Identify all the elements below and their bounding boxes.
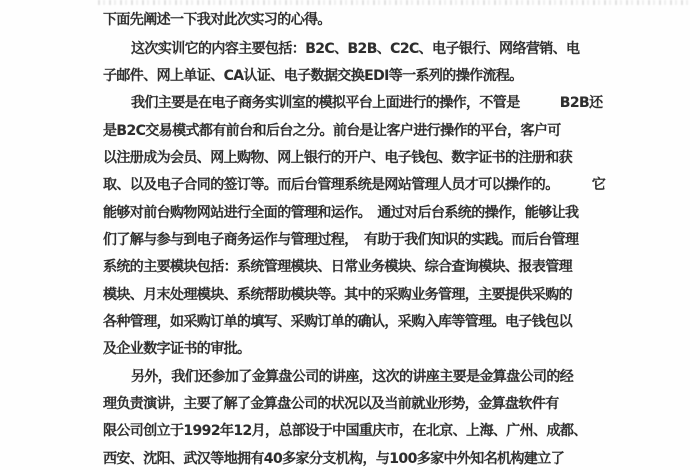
text-line: 们了解与参与到电子商务运作与管理过程， 有助于我们知识的实践。而后台管理 [103, 233, 578, 248]
text-line: 下面先阐述一下我对此次实习的心得。 [103, 13, 331, 28]
text-line: 系统的主要模块包括：系统管理模块、日常业务模块、综合查询模块、报表管理 [103, 260, 572, 275]
text-line: 这次实训它的内容主要包括：B2C、B2B、C2C、电子银行、网络营销、电 [131, 42, 579, 57]
document-page: 下面先阐述一下我对此次实习的心得。 这次实训它的内容主要包括：B2C、B2B、C… [0, 0, 700, 470]
text-line: 子邮件、网上单证、CA认证、电子数据交换EDI等一系列的操作流程。 [103, 69, 523, 84]
text-line: 另外，我们还参加了金算盘公司的讲座，这次的讲座主要是金算盘公司的经 [131, 370, 573, 385]
text-line: 是B2C交易模式都有前台和后台之分。前台是让客户进行操作的平台，客户可 [103, 124, 561, 139]
text-line: 以注册成为会员、网上购物、网上银行的开户、电子钱包、数字证书的注册和获 [103, 151, 572, 166]
text-line: 取、以及电子合同的签订等。而后台管理系统是网站管理人员才可以操作的。 它 [103, 178, 605, 193]
text-line: 模块、月末处理模块、系统帮助模块等。其中的采购业务管理，主要提供采购的 [103, 288, 572, 303]
cutoff-text-remnant [98, 0, 690, 5]
text-line: 限公司创立于1992年12月，总部设于中国重庆市，在北京、上海、广州、成都、 [103, 424, 587, 439]
text-line: 各种管理，如采购订单的填写、采购订单的确认，采购入库等管理。电子钱包以 [103, 315, 572, 330]
text-line: 及企业数字证书的审批。 [103, 342, 250, 357]
text-line: 理负责演讲，主要了解了金算盘公司的状况以及当前就业形势，金算盘软件有 [103, 397, 559, 412]
text-line: 能够对前台购物网站进行全面的管理和运作。 通过对后台系统的操作，能够让我 [103, 206, 578, 221]
text-line: 西安、沈阳、武汉等地拥有40多家分支机构，与100多家中外知名机构建立了 [103, 452, 564, 467]
text-line: 我们主要是在电子商务实训室的模拟平台上面进行的操作，不管是 B2B还 [131, 96, 602, 111]
